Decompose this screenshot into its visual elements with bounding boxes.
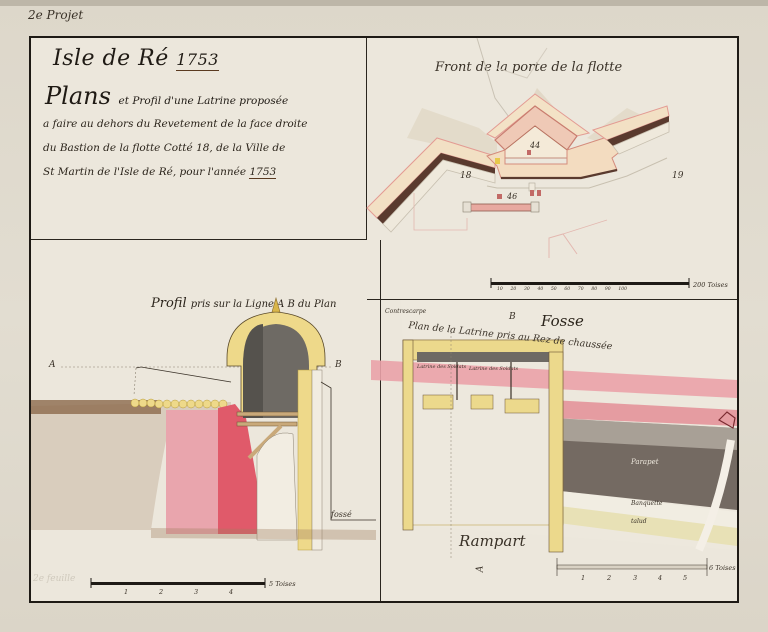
scale-tick: 30 <box>524 287 530 292</box>
title-line-3: du Bastion de la flotte Cotté 18, de la … <box>43 142 285 154</box>
section-point-a: A <box>49 360 56 370</box>
project-number-label: 2e Projet <box>28 8 83 22</box>
profile-section-drawing <box>31 240 381 601</box>
scale-tick: 90 <box>605 287 611 292</box>
map-heading: Isle de Ré 1753 <box>53 46 219 71</box>
front-plan-panel: Front de la porte de la flotte <box>367 38 737 300</box>
front-scale-unit: 200 Toises <box>693 281 728 289</box>
work-label-44: 44 <box>530 141 540 150</box>
counterscarp-label: Contrescarpe <box>385 308 426 315</box>
plan-scale-tick: 1 <box>581 574 585 582</box>
talud-label: talud <box>631 518 647 525</box>
profile-scale-tick: 2 <box>159 588 163 596</box>
plan-point-b: B <box>509 312 516 322</box>
plan-scale-unit: 6 Toises <box>709 564 736 572</box>
scale-tick: 40 <box>537 287 543 292</box>
title-line-4-text: St Martin de l'Isle de Ré, pour l'année <box>43 166 246 178</box>
title-cartouche: Isle de Ré 1753 Plans et Profil d'une La… <box>31 38 367 240</box>
title-line-1: et Profil d'une Latrine proposée <box>119 95 289 107</box>
bastion-label-19: 19 <box>672 171 683 181</box>
heading-text: Isle de Ré <box>53 46 169 71</box>
plan-scale-tick: 3 <box>633 574 637 582</box>
profile-scale-tick: 1 <box>124 588 128 596</box>
section-point-b: B <box>335 360 342 370</box>
bastion-label-18: 18 <box>460 171 471 181</box>
scale-tick: 70 <box>578 287 584 292</box>
parapet-label: Parapet <box>631 458 659 466</box>
faint-sheet-note: 2e feuille <box>33 574 75 584</box>
scale-tick: 50 <box>551 287 557 292</box>
drawing-frame: Isle de Ré 1753 Plans et Profil d'une La… <box>29 36 739 603</box>
latrine-plan-panel: Contrescarpe Plan de la Latrine pris au … <box>381 300 737 601</box>
scale-tick: 20 <box>510 287 516 292</box>
plans-word: Plans <box>45 82 111 110</box>
scale-tick: 100 <box>618 287 627 292</box>
gate-marker <box>495 158 500 164</box>
scale-tick: 60 <box>564 287 570 292</box>
rampart-label: Rampart <box>459 532 526 550</box>
scale-tick: 10 <box>497 287 503 292</box>
profile-scale-tick: 4 <box>229 588 233 596</box>
plan-point-a: A <box>475 566 485 573</box>
plans-line: Plans et Profil d'une Latrine proposée <box>45 82 288 110</box>
title-line-4: St Martin de l'Isle de Ré, pour l'année … <box>43 166 276 178</box>
fortification-plan-drawing <box>367 38 737 300</box>
plan-scale-tick: 2 <box>607 574 611 582</box>
front-scale-ticks: 10 20 30 40 50 60 70 80 90 100 <box>497 287 627 292</box>
ditch-label: Fosse <box>541 312 584 330</box>
title-line-4-year: 1753 <box>249 166 276 179</box>
latrine-room-2: Latrine des Soldats <box>469 366 518 372</box>
plan-scale-tick: 5 <box>683 574 687 582</box>
title-line-2: a faire au dehors du Revetement de la fa… <box>43 118 307 130</box>
scale-tick: 80 <box>591 287 597 292</box>
plan-scale-tick: 4 <box>658 574 662 582</box>
work-label-46: 46 <box>507 192 517 201</box>
map-sheet: 2e Projet Isle de Ré 1753 Plans et Profi… <box>0 0 768 632</box>
profile-scale-unit: 5 Toises <box>269 580 296 588</box>
latrine-room-1: Latrine des Soldats <box>417 364 466 370</box>
profile-ditch-label: fossé <box>331 510 352 519</box>
paper-edge <box>0 0 768 6</box>
banquette-label: Banquette <box>631 500 662 507</box>
profile-section-panel: Profil pris sur la Ligne A B du Plan <box>31 240 381 601</box>
heading-year: 1753 <box>176 50 219 71</box>
profile-scale-tick: 3 <box>194 588 198 596</box>
